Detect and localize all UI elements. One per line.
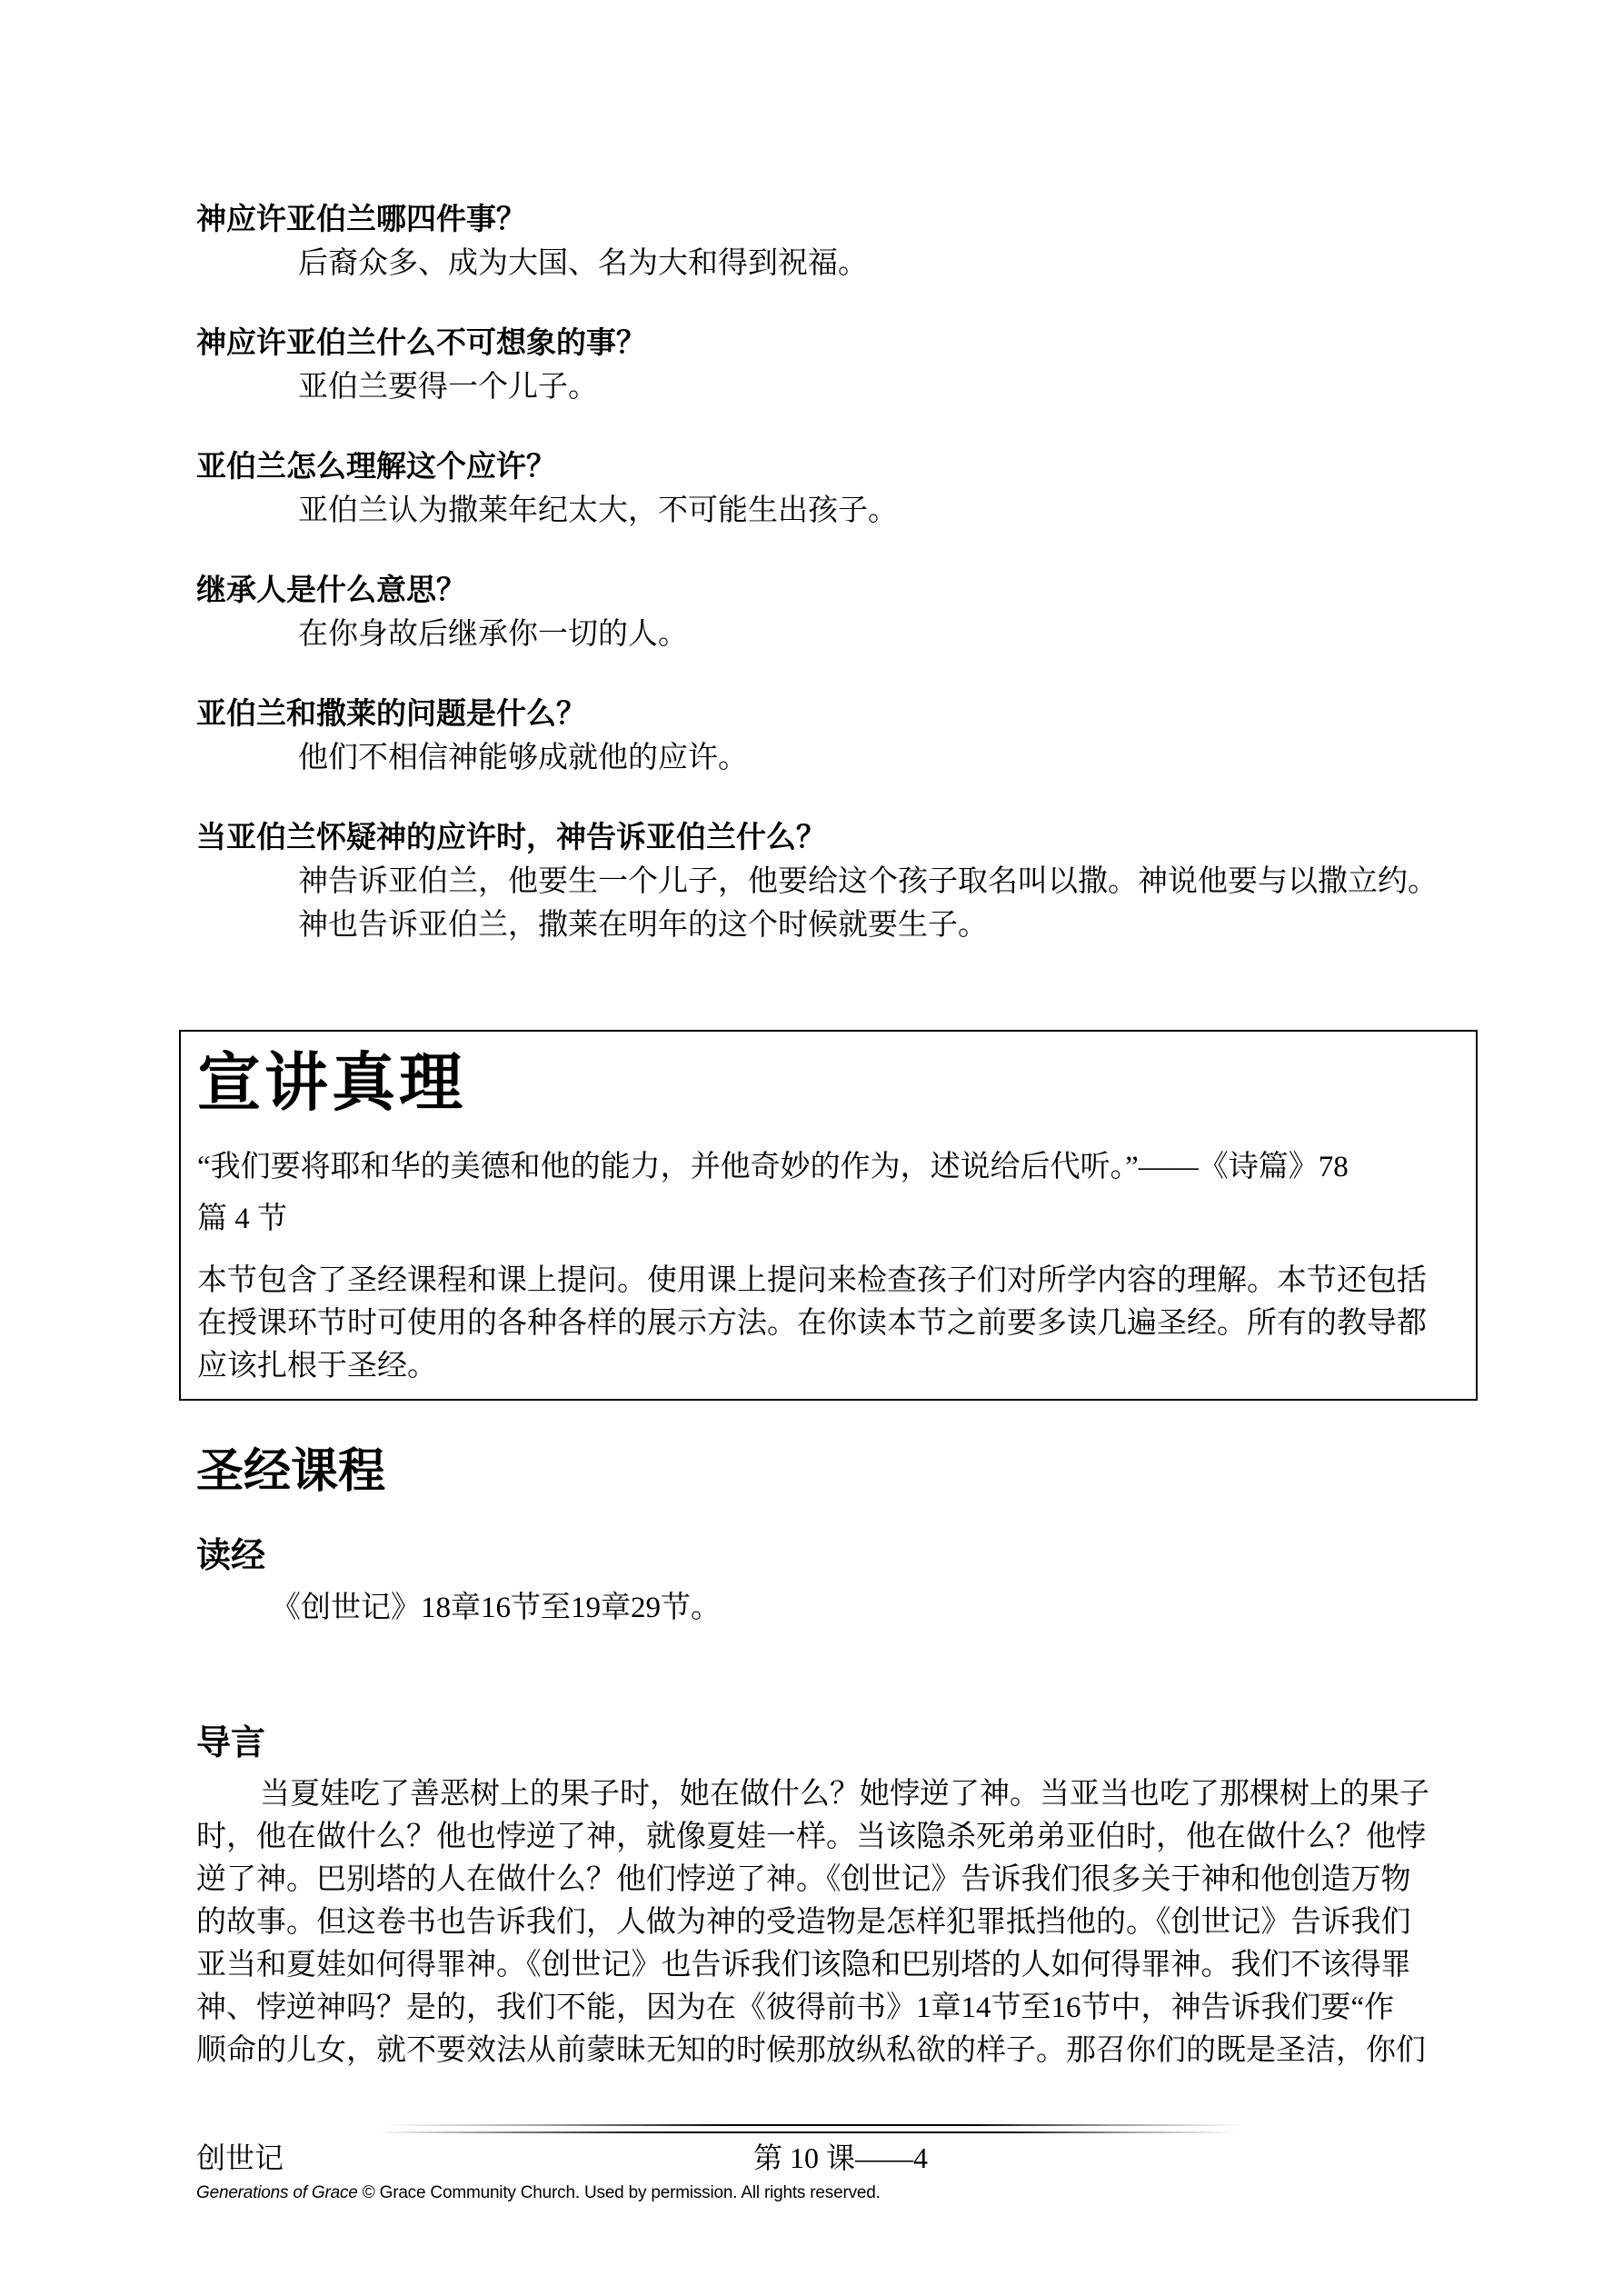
reading-subheading: 读经: [196, 1533, 1441, 1579]
box-paragraph-line: 本节包含了圣经课程和课上提问。使用课上提问来检查孩子们对所学内容的理解。本节还包…: [197, 1260, 1461, 1303]
copyright-text: © Grace Community Church. Used by permis…: [358, 2183, 881, 2202]
introduction-subheading: 导言: [196, 1721, 1441, 1766]
bible-lesson-section: 圣经课程 读经 《创世记》18章16节至19章29节。 导言 当夏娃吃了善恶树上…: [196, 1444, 1441, 2072]
intro-paragraph-line: 亚当和夏娃如何得罪神。《创世记》也告诉我们该隐和巴别塔的人如何得罪神。我们不该得…: [196, 1944, 1441, 1987]
intro-paragraph-line: 时，他在做什么？他也悖逆了神，就像夏娃一样。当该隐杀死弟弟亚伯时，他在做什么？他…: [196, 1816, 1441, 1859]
footer-copyright: Generations of Grace © Grace Community C…: [0, 2182, 1623, 2204]
box-paragraph-line: 在授课环节时可使用的各种各样的展示方法。在你读本节之前要多读几遍圣经。所有的教导…: [197, 1303, 1461, 1345]
qa-item: 亚伯兰怎么理解这个应许？ 亚伯兰认为撒莱年纪太大，不可能生出孩子。: [196, 445, 1441, 533]
qa-question: 神应许亚伯兰哪四件事？: [196, 198, 1441, 242]
copyright-work-title: Generations of Grace: [196, 2183, 358, 2202]
qa-answer-line: 亚伯兰认为撒莱年纪太大，不可能生出孩子。: [196, 489, 1441, 533]
qa-answer-line: 他们不相信神能够成就他的应许。: [196, 736, 1441, 780]
intro-paragraph-line: 神、悖逆神吗？是的，我们不能，因为在《彼得前书》1章14节至16节中，神告诉我们…: [196, 1987, 1441, 2030]
qa-item: 神应许亚伯兰什么不可想象的事？ 亚伯兰要得一个儿子。: [196, 322, 1441, 409]
qa-answer-line: 后裔众多、成为大国、名为大和得到祝福。: [196, 242, 1441, 285]
intro-paragraph-line: 顺命的儿女，就不要效法从前蒙昧无知的时候那放纵私欲的样子。那召你们的既是圣洁，你…: [196, 2030, 1441, 2072]
footer-divider: [0, 2124, 1623, 2133]
qa-question: 亚伯兰和撒莱的问题是什么？: [196, 693, 1441, 736]
qa-answer-line: 神也告诉亚伯兰，撒莱在明年的这个时候就要生子。: [196, 903, 1441, 947]
qa-answer-line: 神告诉亚伯兰，他要生一个儿子，他要给这个孩子取名叫以撒。神说他要与以撒立约。: [196, 860, 1441, 903]
qa-item: 神应许亚伯兰哪四件事？ 后裔众多、成为大国、名为大和得到祝福。: [196, 198, 1441, 285]
qa-question: 亚伯兰怎么理解这个应许？: [196, 445, 1441, 489]
introduction-paragraph: 当夏娃吃了善恶树上的果子时，她在做什么？她悖逆了神。当亚当也吃了那棵树上的果子 …: [196, 1773, 1441, 2072]
qa-answer-line: 在你身故后继承你一切的人。: [196, 613, 1441, 656]
intro-paragraph-line: 的故事。但这卷书也告诉我们，人做为神的受造物是怎样犯罪抵挡他的。《创世记》告诉我…: [196, 1902, 1441, 1944]
page-content: 神应许亚伯兰哪四件事？ 后裔众多、成为大国、名为大和得到祝福。 神应许亚伯兰什么…: [0, 0, 1623, 2072]
footer-divider-line: [382, 2124, 1245, 2126]
page-footer: 创世记 第 10 课——4 Generations of Grace © Gra…: [0, 2124, 1623, 2204]
proclaim-truth-box: 宣讲真理 “我们要将耶和华的美德和他的能力，并他奇妙的作为，述说给后代听。”——…: [179, 1030, 1478, 1401]
document-page: 神应许亚伯兰哪四件事？ 后裔众多、成为大国、名为大和得到祝福。 神应许亚伯兰什么…: [0, 0, 1623, 2296]
scripture-quote: “我们要将耶和华的美德和他的能力，并他奇妙的作为，述说给后代听。”——《诗篇》7…: [197, 1142, 1461, 1245]
proclaim-truth-title: 宣讲真理: [197, 1041, 1461, 1127]
scripture-quote-line: “我们要将耶和华的美德和他的能力，并他奇妙的作为，述说给后代听。”——《诗篇》7…: [197, 1142, 1461, 1193]
box-paragraph-line: 应该扎根于圣经。: [197, 1345, 1461, 1388]
intro-paragraph-line: 当夏娃吃了善恶树上的果子时，她在做什么？她悖逆了神。当亚当也吃了那棵树上的果子: [196, 1773, 1441, 1816]
scripture-quote-line: 篇 4 节: [197, 1193, 1461, 1245]
qa-item: 亚伯兰和撒莱的问题是什么？ 他们不相信神能够成就他的应许。: [196, 693, 1441, 780]
qa-item: 当亚伯兰怀疑神的应许时，神告诉亚伯兰什么？ 神告诉亚伯兰，他要生一个儿子，他要给…: [196, 816, 1441, 947]
qa-question: 当亚伯兰怀疑神的应许时，神告诉亚伯兰什么？: [196, 816, 1441, 860]
box-paragraph: 本节包含了圣经课程和课上提问。使用课上提问来检查孩子们对所学内容的理解。本节还包…: [197, 1260, 1461, 1388]
footer-page-number: 第 10 课——4: [753, 2141, 928, 2175]
footer-divider-line: [374, 2131, 1238, 2133]
qa-question: 继承人是什么意思？: [196, 569, 1441, 613]
qa-item: 继承人是什么意思？ 在你身故后继承你一切的人。: [196, 569, 1441, 656]
footer-row: 创世记 第 10 课——4: [0, 2141, 1623, 2175]
intro-paragraph-line: 逆了神。巴别塔的人在做什么？他们悖逆了神。《创世记》告诉我们很多关于神和他创造万…: [196, 1859, 1441, 1902]
reading-reference: 《创世记》18章16节至19章29节。: [196, 1586, 1441, 1630]
qa-answer-line: 亚伯兰要得一个儿子。: [196, 365, 1441, 409]
bible-lesson-heading: 圣经课程: [196, 1444, 1441, 1501]
footer-book-title: 创世记: [196, 2141, 284, 2175]
qa-question: 神应许亚伯兰什么不可想象的事？: [196, 322, 1441, 365]
qa-section: 神应许亚伯兰哪四件事？ 后裔众多、成为大国、名为大和得到祝福。 神应许亚伯兰什么…: [196, 198, 1441, 947]
